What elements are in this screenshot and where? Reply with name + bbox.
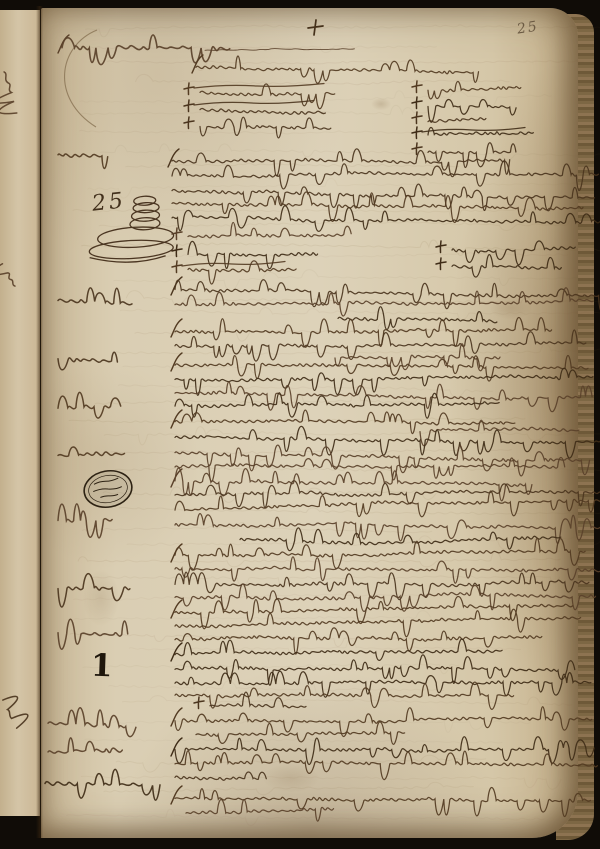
- script-line: [412, 81, 521, 99]
- script-line: [175, 655, 575, 685]
- script-line: [175, 445, 589, 476]
- script-line: [186, 799, 334, 821]
- script-line: [175, 368, 593, 395]
- script-line: [184, 117, 331, 138]
- script-line: [172, 261, 296, 284]
- script-line: [412, 127, 533, 139]
- script-line: [0, 71, 19, 118]
- script-line: [412, 112, 486, 124]
- script-line: [436, 241, 575, 265]
- script-line: [58, 619, 128, 649]
- script-line: [205, 49, 354, 51]
- script-line: [58, 35, 230, 65]
- folio-number: 25: [516, 18, 540, 37]
- script-line: [175, 481, 600, 508]
- script-line: [171, 597, 573, 629]
- script-line: [172, 206, 600, 232]
- script-line: [1, 693, 31, 728]
- bleed-through-layer: [67, 25, 600, 826]
- bold-numeral-stamp: 1: [90, 648, 113, 685]
- script-line: [172, 192, 583, 222]
- script-line: [175, 572, 589, 599]
- script-line: [58, 352, 117, 370]
- script-line: [58, 154, 108, 169]
- script-line: [184, 83, 335, 109]
- script-line: [338, 307, 497, 330]
- script-line: [58, 504, 112, 538]
- marginal-number: 25: [91, 188, 127, 216]
- script-line: [58, 392, 121, 418]
- script-line: [175, 491, 600, 517]
- script-line: [58, 288, 132, 305]
- handwriting-layer: [0, 0, 600, 849]
- script-line: [0, 263, 15, 293]
- script-line: [45, 769, 160, 800]
- script-line: [171, 639, 502, 661]
- script-line: [192, 55, 478, 83]
- manuscript-photo: 25 25 1: [0, 0, 600, 849]
- script-line: [436, 255, 561, 277]
- script-line: [175, 393, 499, 418]
- script-line: [175, 557, 600, 583]
- script-line: [48, 708, 136, 737]
- script-line: [175, 609, 581, 636]
- script-line: [240, 528, 561, 551]
